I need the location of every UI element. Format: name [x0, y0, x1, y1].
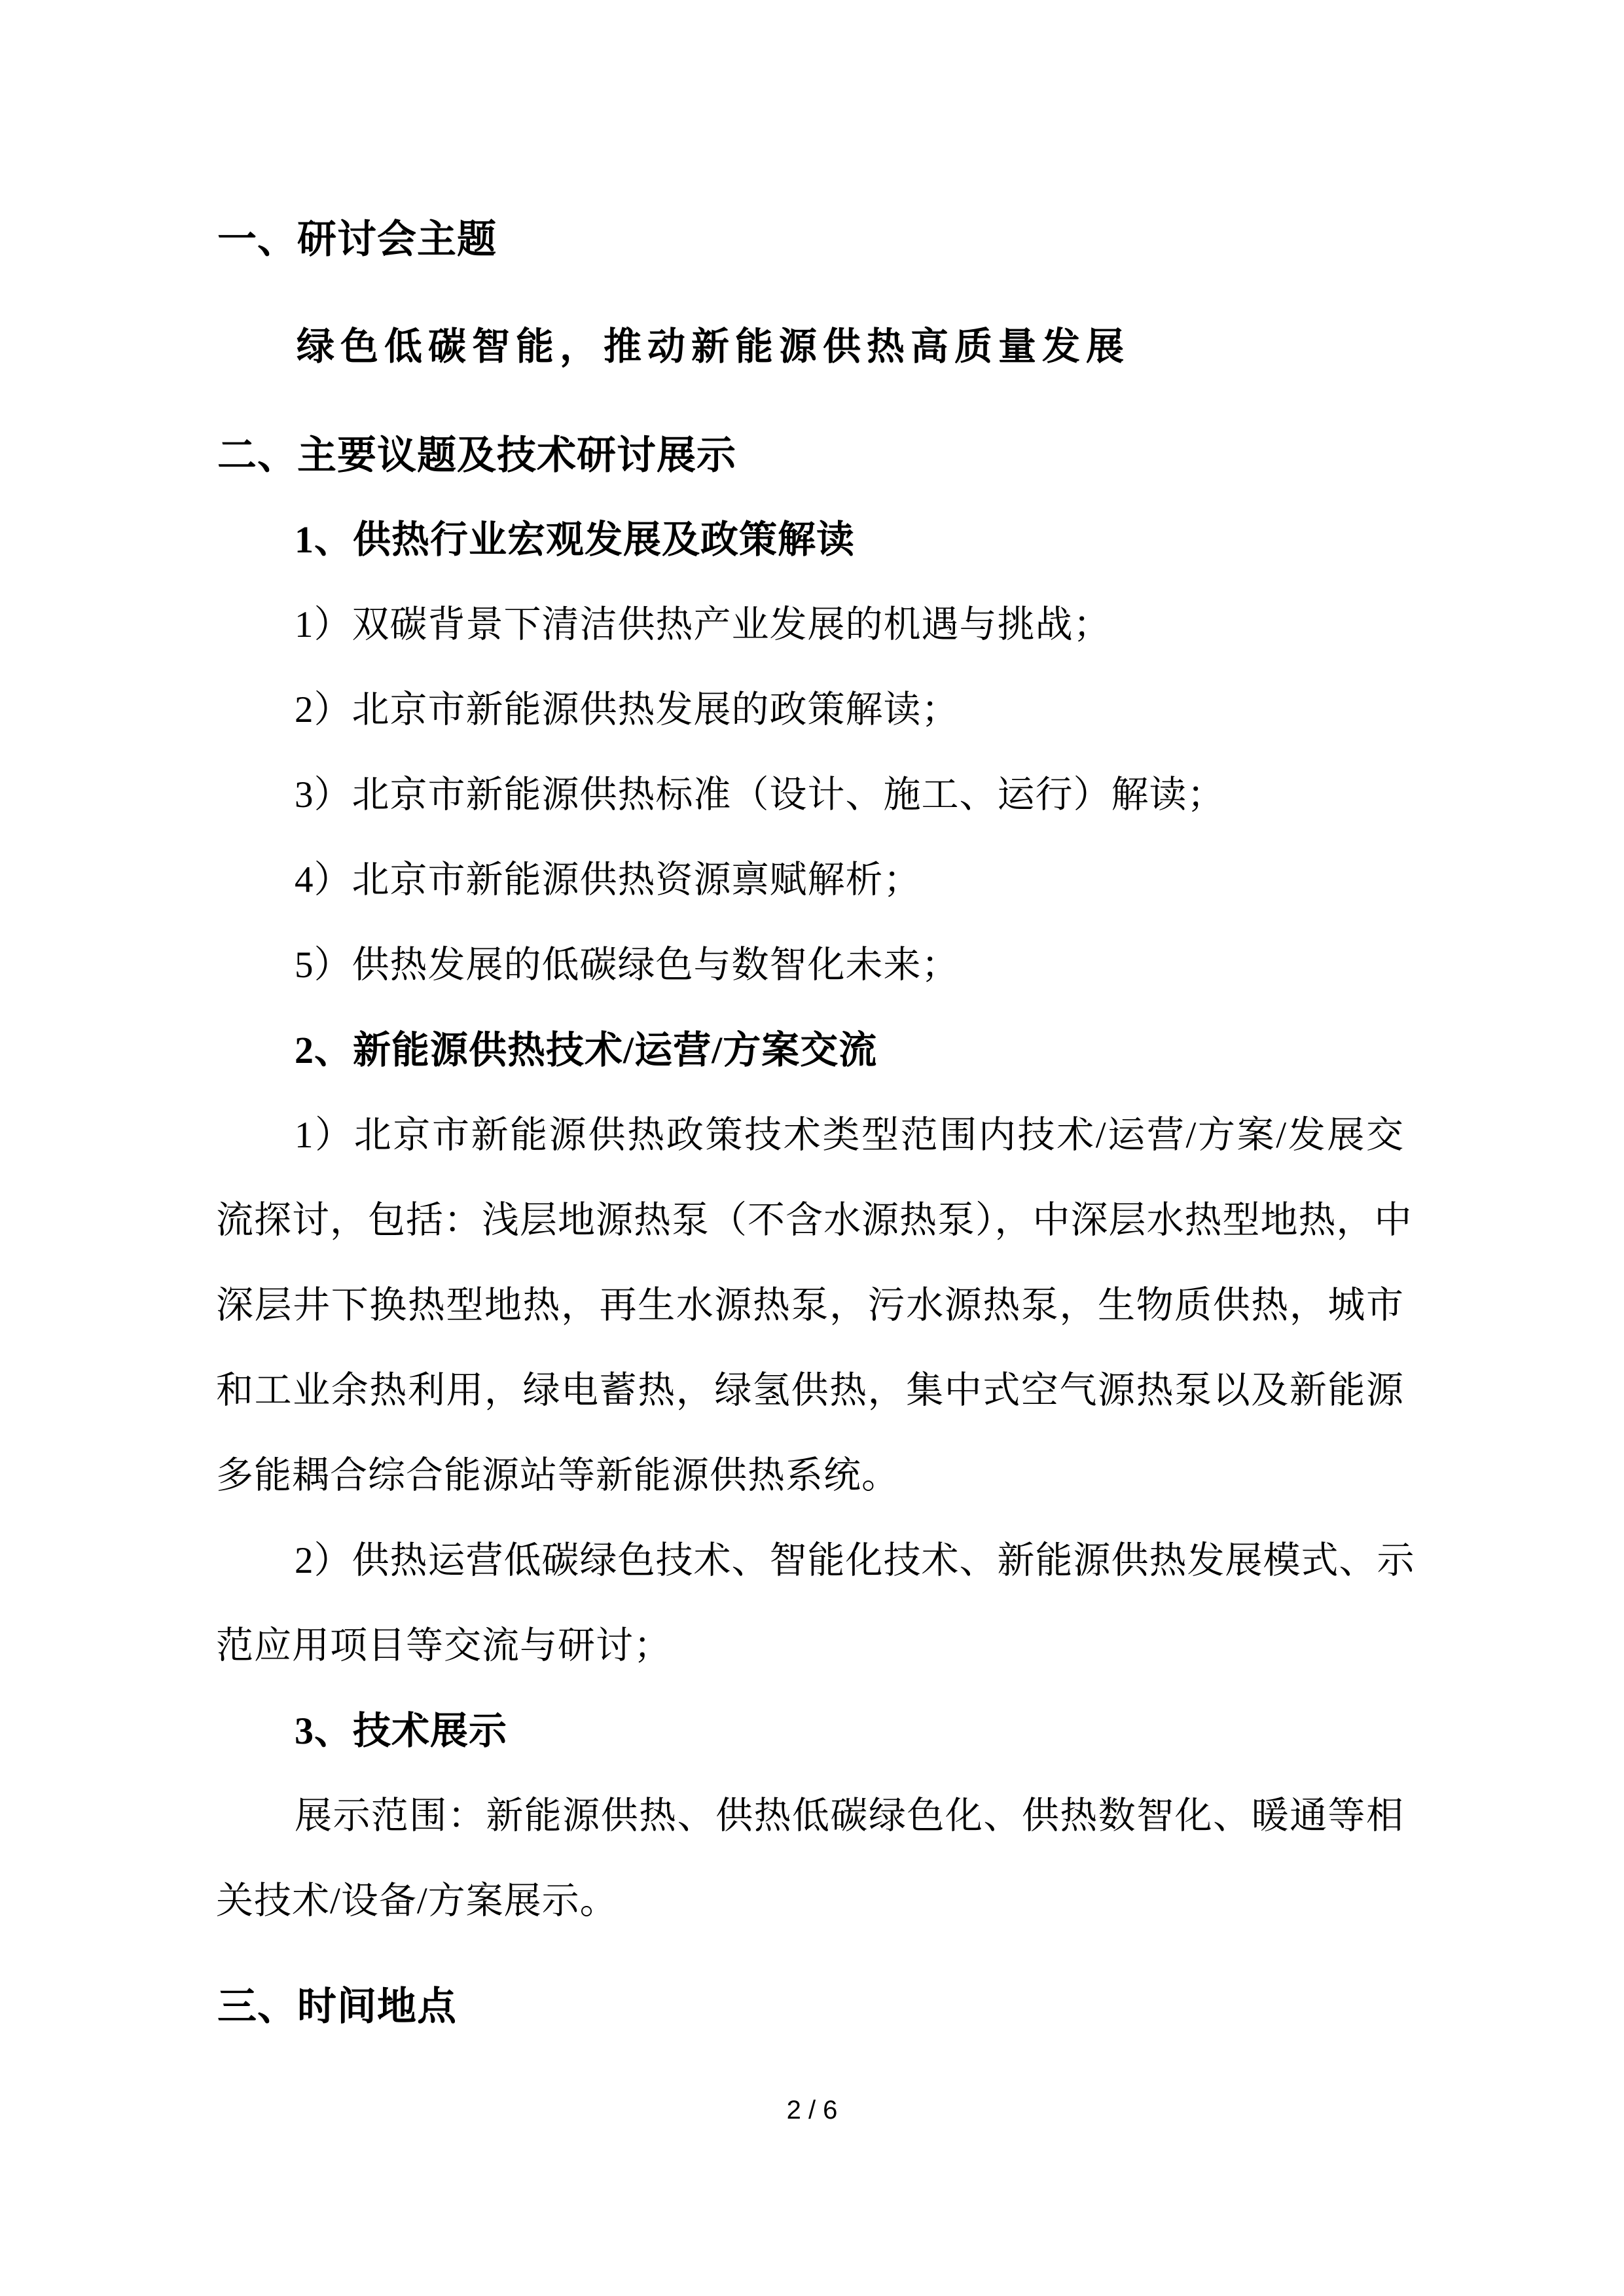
list-item-1-3: 3）北京市新能源供热标准（设计、施工、运行）解读； [295, 772, 1225, 817]
document-page: 一、研讨会主题 绿色低碳智能，推动新能源供热高质量发展 二、主要议题及技术研讨展… [0, 0, 1624, 2296]
list-item-1-1: 1）双碳背景下清洁供热产业发展的机遇与挑战； [295, 602, 1111, 647]
page-number: 2 / 6 [0, 2094, 1624, 2126]
subheading-topic-3: 3、技术展示 [295, 1708, 507, 1754]
paragraph-2-1-line-4: 和工业余热利用，绿电蓄热，绿氢供热，集中式空气源热泵以及新能源 [216, 1368, 1404, 1413]
paragraph-2-1-line-2: 流探讨，包括：浅层地源热泵（不含水源热泵），中深层水热型地热，中 [216, 1198, 1404, 1243]
seminar-theme-line: 绿色低碳智能，推动新能源供热高质量发展 [297, 324, 1130, 370]
paragraph-2-1-line-3: 深层井下换热型地热，再生水源热泵，污水源热泵，生物质供热，城市 [216, 1283, 1404, 1328]
section-heading-1: 一、研讨会主题 [217, 216, 497, 263]
list-item-1-4: 4）北京市新能源供热资源禀赋解析； [295, 857, 922, 903]
paragraph-2-1-line-5: 多能耦合综合能源站等新能源供热系统。 [216, 1453, 899, 1498]
list-item-1-5: 5）供热发展的低碳绿色与数智化未来； [295, 942, 960, 988]
section-heading-2: 二、主要议题及技术研讨展示 [217, 432, 736, 479]
paragraph-3-line-1: 展示范围：新能源供热、供热低碳绿色化、供热数智化、暖通等相 [295, 1793, 1404, 1839]
paragraph-3-line-2: 关技术/设备/方案展示。 [216, 1878, 618, 1924]
paragraph-2-2-line-1: 2）供热运营低碳绿色技术、智能化技术、新能源供热发展模式、示 [295, 1538, 1404, 1583]
paragraph-2-1-line-1: 1）北京市新能源供热政策技术类型范围内技术/运营/方案/发展交 [295, 1113, 1404, 1158]
section-heading-3: 三、时间地点 [217, 1983, 457, 2030]
subheading-topic-1: 1、供热行业宏观发展及政策解读 [295, 517, 855, 563]
paragraph-2-2-line-2: 范应用项目等交流与研讨； [216, 1623, 672, 1668]
list-item-1-2: 2）北京市新能源供热发展的政策解读； [295, 687, 960, 732]
subheading-topic-2: 2、新能源供热技术/运营/方案交流 [295, 1028, 877, 1073]
